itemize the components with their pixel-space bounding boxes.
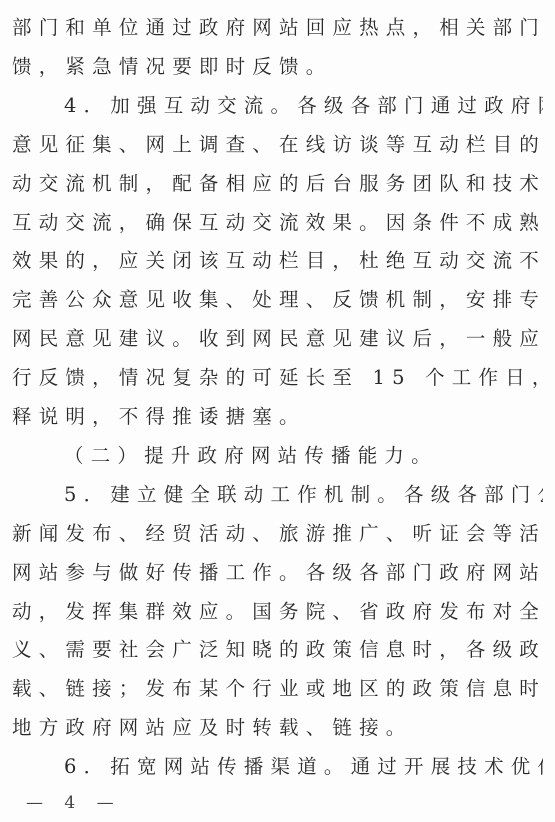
text-line: 地方政府网站应及时转载、链接。 (12, 715, 543, 741)
text-line: 行反馈，情况复杂的可延长至 15 个工作日，无法办理的予以解 (12, 365, 543, 391)
text-line: 网站参与做好传播工作。各级各部门政府网站之间要加强协同联 (12, 560, 543, 586)
paragraph-heading-5: 5．建立健全联动工作机制。各级各部门公开举办重要会议、 (64, 482, 543, 508)
text-line: 效果的，应关闭该互动栏目，杜绝互动交流不回应现象。进一步 (12, 248, 543, 274)
paragraph-heading-6: 6．拓宽网站传播渠道。通过开展技术优化、增强内容吸引 (64, 754, 543, 780)
section-heading: （二）提升政府网站传播能力。 (64, 443, 543, 469)
text-line: 动交流机制，配备相应的后台服务团队和技术支持，积极与公众 (12, 171, 543, 197)
text-line: 新闻发布、经贸活动、旅游推广、听证会等活动时，应通知政府 (12, 521, 543, 547)
text-line: 馈，紧急情况要即时反馈。 (12, 54, 543, 80)
text-line: 义、需要社会广泛知晓的政策信息时，各级政府网站应及时转 (12, 637, 543, 663)
text-line: 动，发挥集群效应。国务院、省政府发布对全局工作有指导意 (12, 599, 543, 625)
text-line: 完善公众意见收集、处理、反馈机制，安排专门人员回复、处理 (12, 287, 543, 313)
page-number: — 4 — (26, 793, 122, 813)
document-page: 部门和单位通过政府网站回应热点，相关部门和单位要及时反 馈，紧急情况要即时反馈。… (0, 0, 555, 822)
text-line: 载、链接；发布某个行业或地区的政策信息时，涉及到的部门和 (12, 676, 543, 702)
paragraph-heading-4: 4．加强互动交流。各级各部门通过政府网站建立领导信箱、 (64, 93, 543, 119)
text-line: 部门和单位通过政府网站回应热点，相关部门和单位要及时反 (12, 15, 543, 41)
text-line: 互动交流，确保互动交流效果。因条件不成熟难以达到互动交流 (12, 210, 543, 236)
text-line: 网民意见建议。收到网民意见建议后，一般应在 7 个工作日内进 (12, 326, 543, 352)
text-line: 释说明，不得推诿搪塞。 (12, 404, 543, 430)
text-line: 意见征集、网上调查、在线访谈等互动栏目的，要健全相应的互 (12, 132, 543, 158)
